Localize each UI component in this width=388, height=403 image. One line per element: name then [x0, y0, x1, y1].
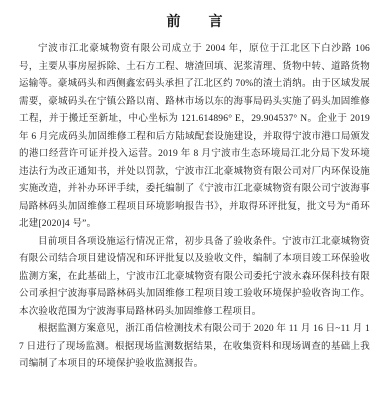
- document-page: 前 言 宁波市江北豪城物资有限公司成立于 2004 年，原位于江北区下白沙路 1…: [0, 0, 388, 403]
- preface-paragraph: 根据监测方案意见，浙江甬信检测技术有限公司于 2020 年 11 月 16 日~…: [19, 321, 370, 374]
- page-title: 前 言: [19, 13, 370, 33]
- preface-paragraph: 宁波市江北豪城物资有限公司成立于 2004 年，原位于江北区下白沙路 106 号…: [19, 41, 370, 234]
- document-body: 宁波市江北豪城物资有限公司成立于 2004 年，原位于江北区下白沙路 106 号…: [19, 41, 370, 374]
- preface-paragraph: 目前项目各项设施运行情况正常，初步具备了验收条件。宁波市江北豪城物资有限公司结合…: [19, 234, 370, 322]
